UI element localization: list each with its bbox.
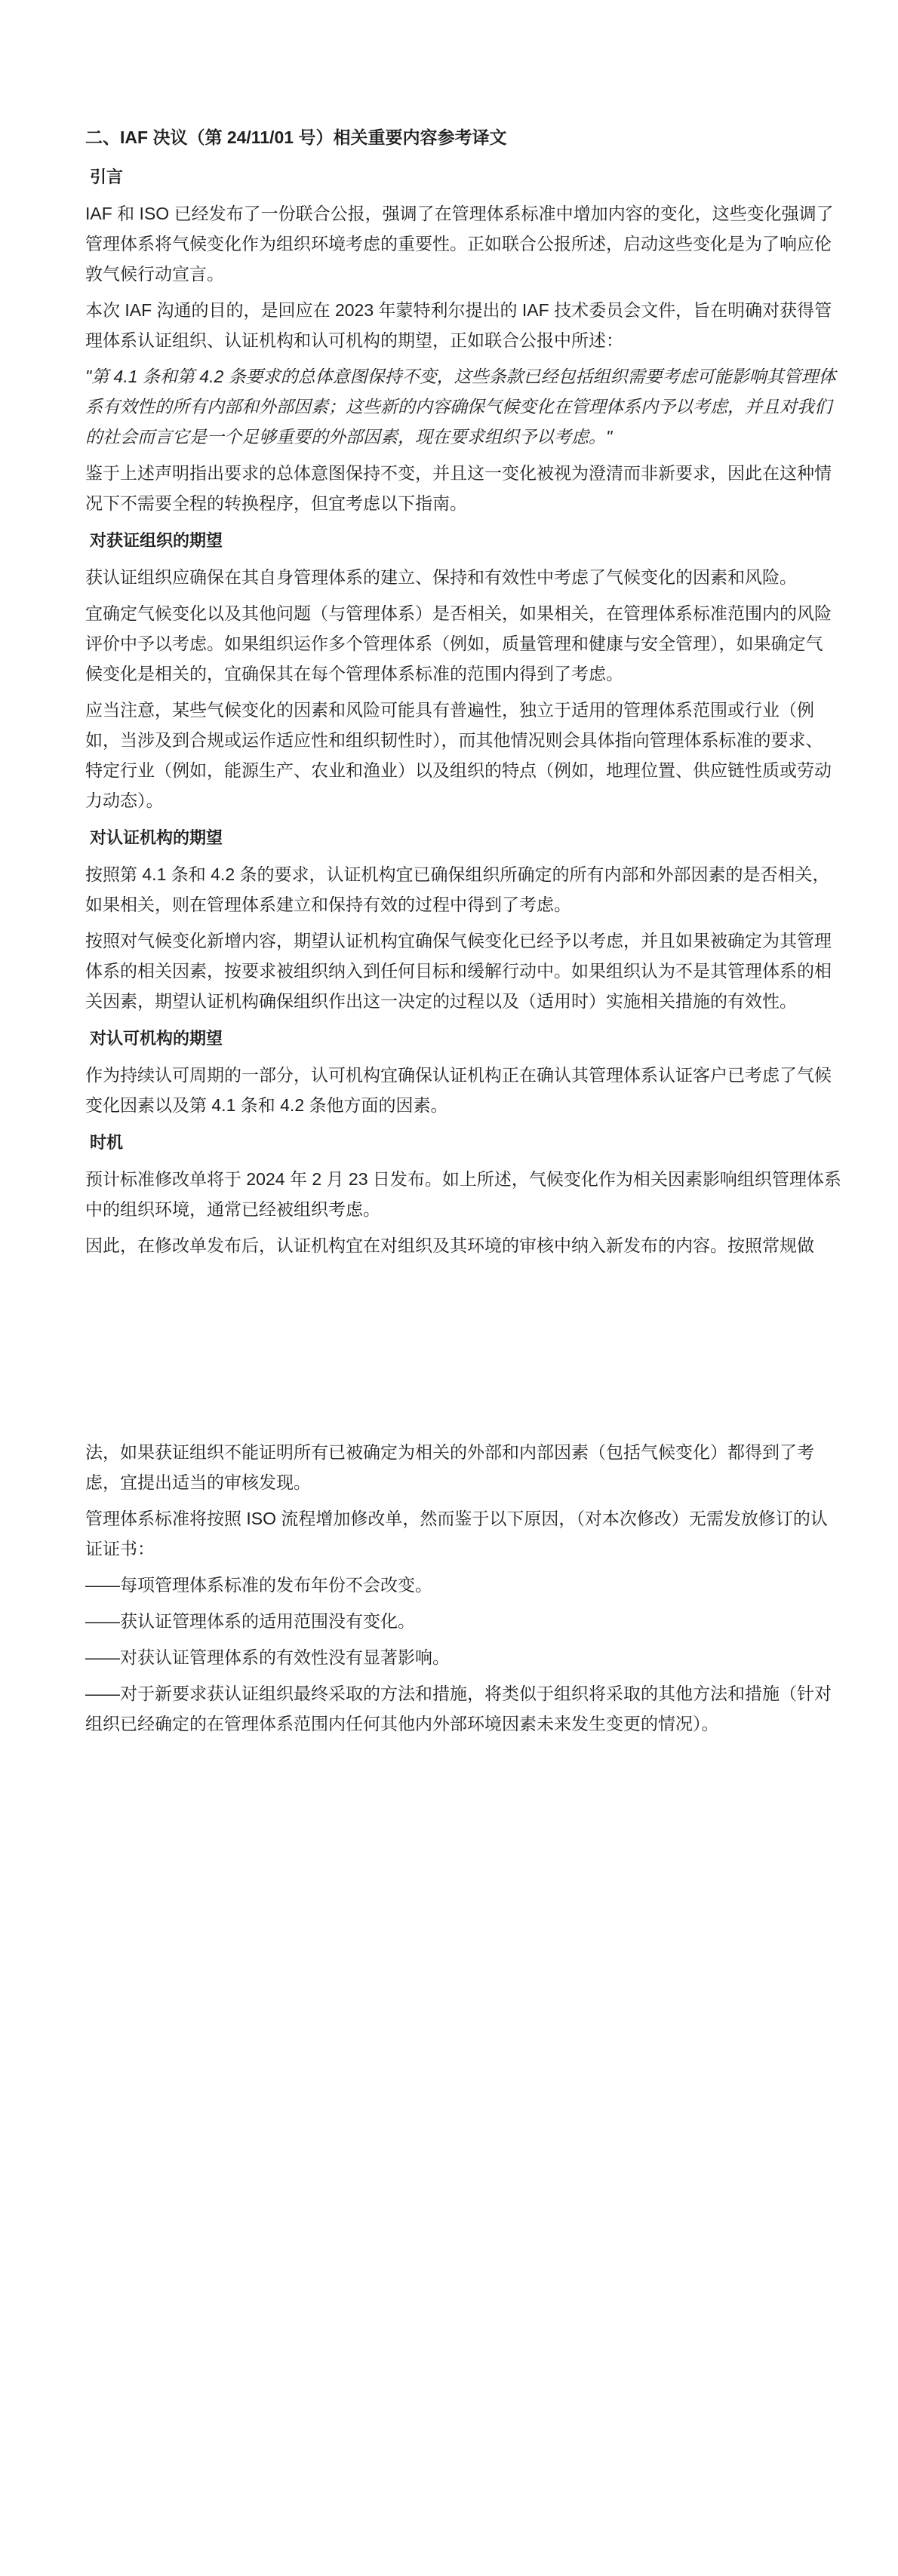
text-line: IAF 和 ISO 已经发布了一份联合公报，强调了在管理体系标准中增加内容的变化… [85,198,845,229]
page-break-gap [85,1267,845,1437]
text-line: 理体系认证组织、认证机构和认可机构的期望，正如联合公报中所述： [85,325,845,355]
paragraph-certified-org-ensure: 获认证组织应确保在其自身管理体系的建立、保持和有效性中考虑了气候变化的因素和风险… [85,562,845,592]
section-heading-certification-bodies: 对认证机构的期望 [85,823,845,853]
section-heading-timing: 时机 [85,1128,845,1158]
bullet-methods-similar: ——对于新要求获认证组织最终采取的方法和措施，将类似于组织将采取的其他方法和措施… [85,1678,845,1739]
text-line: 如，当涉及到合规或运作适应性和组织韧性时），而其他情况则会具体指向管理体系标准的… [85,725,845,755]
text-line: 系有效性的所有内部和外部因素；这些新的内容确保气候变化在管理体系内予以考虑，并且… [85,391,845,422]
text-line: 管理体系标准将按照 ISO 流程增加修改单，然而鉴于以下原因，（对本次修改）无需… [85,1503,845,1534]
text-line: 组织已经确定的在管理体系范围内任何其他内外部环境因素未来发生变更的情况）。 [85,1709,845,1739]
blockquote-clause-4-1-4-2: "第 4.1 条和第 4.2 条要求的总体意图保持不变，这些条款已经包括组织需要… [85,361,845,452]
paragraph-no-revised-certificates: 管理体系标准将按照 ISO 流程增加修改单，然而鉴于以下原因，（对本次修改）无需… [85,1503,845,1564]
text-line: 力动态）。 [85,785,845,815]
text-line: 管理体系将气候变化作为组织环境考虑的重要性。正如联合公报所述，启动这些变化是为了… [85,229,845,259]
text-line: 获认证组织应确保在其自身管理体系的建立、保持和有效性中考虑了气候变化的因素和风险… [85,562,845,592]
text-line: 中的组织环境，通常已经被组织考虑。 [85,1194,845,1224]
text-line: 如果相关，则在管理体系建立和保持有效的过程中得到了考虑。 [85,889,845,920]
paragraph-iaf-communication-purpose: 本次 IAF 沟通的目的，是回应在 2023 年蒙特利尔提出的 IAF 技术委员… [85,295,845,355]
paragraph-joint-communique: IAF 和 ISO 已经发布了一份联合公报，强调了在管理体系标准中增加内容的变化… [85,198,845,289]
paragraph-amendment-release-date: 预计标准修改单将于 2024 年 2 月 23 日发布。如上所述，气候变化作为相… [85,1164,845,1224]
paragraph-audit-findings: 法，如果获证组织不能证明所有已被确定为相关的外部和内部因素（包括气候变化）都得到… [85,1437,845,1497]
text-line: 关因素，期望认证机构确保组织作出这一决定的过程以及（适用时）实施相关措施的有效性… [85,986,845,1016]
text-line: 虑，宜提出适当的审核发现。 [85,1467,845,1497]
paragraph-ab-ongoing-cycle: 作为持续认可周期的一部分，认可机构宜确保认证机构正在确认其管理体系认证客户已考虑… [85,1060,845,1120]
paragraph-audits-include-new-content: 因此，在修改单发布后，认证机构宜在对组织及其环境的审核中纳入新发布的内容。按照常… [85,1230,845,1260]
text-line: 况下不需要全程的转换程序，但宜考虑以下指南。 [85,488,845,518]
text-line: 的社会而言它是一个足够重要的外部因素，现在要求组织予以考虑。" [85,422,845,452]
text-line: 敦气候行动宣言。 [85,259,845,289]
text-line: ——对于新要求获认证组织最终采取的方法和措施，将类似于组织将采取的其他方法和措施… [85,1678,845,1709]
paragraph-cb-climate-addition: 按照对气候变化新增内容，期望认证机构宜确保气候变化已经予以考虑，并且如果被确定为… [85,926,845,1016]
text-line: ——对获认证管理体系的有效性没有显著影响。 [85,1642,845,1672]
section-heading-introduction: 引言 [85,162,845,192]
document-page: 二、IAF 决议（第 24/11/01 号）相关重要内容参考译文 引言 IAF … [0,0,898,1739]
text-line: ——获认证管理体系的适用范围没有变化。 [85,1606,845,1636]
text-line: 评价中予以考虑。如果组织运作多个管理体系（例如，质量管理和健康与安全管理），如果… [85,628,845,659]
text-line: ——每项管理体系标准的发布年份不会改变。 [85,1570,845,1600]
section-heading-certified-organizations: 对获证组织的期望 [85,526,845,556]
text-line: 按照对气候变化新增内容，期望认证机构宜确保气候变化已经予以考虑，并且如果被确定为… [85,926,845,956]
text-line: 应当注意，某些气候变化的因素和风险可能具有普遍性，独立于适用的管理体系范围或行业… [85,695,845,725]
text-line: 宜确定气候变化以及其他问题（与管理体系）是否相关，如果相关，在管理体系标准范围内… [85,598,845,628]
text-line: 法，如果获证组织不能证明所有已被确定为相关的外部和内部因素（包括气候变化）都得到… [85,1437,845,1467]
text-line: 体系的相关因素，按要求被组织纳入到任何目标和缓解行动中。如果组织认为不是其管理体… [85,956,845,986]
paragraph-universal-factors: 应当注意，某些气候变化的因素和风险可能具有普遍性，独立于适用的管理体系范围或行业… [85,695,845,815]
paragraph-clarification-no-transition: 鉴于上述声明指出要求的总体意图保持不变，并且这一变化被视为澄清而非新要求，因此在… [85,458,845,518]
bullet-scope-unchanged: ——获认证管理体系的适用范围没有变化。 [85,1606,845,1636]
text-line: 预计标准修改单将于 2024 年 2 月 23 日发布。如上所述，气候变化作为相… [85,1164,845,1194]
bullet-effectiveness-unaffected: ——对获认证管理体系的有效性没有显著影响。 [85,1642,845,1672]
text-line: "第 4.1 条和第 4.2 条要求的总体意图保持不变，这些条款已经包括组织需要… [85,361,845,391]
bullet-publication-year-unchanged: ——每项管理体系标准的发布年份不会改变。 [85,1570,845,1600]
text-line: 鉴于上述声明指出要求的总体意图保持不变，并且这一变化被视为澄清而非新要求，因此在… [85,458,845,488]
paragraph-cb-clause-requirements: 按照第 4.1 条和 4.2 条的要求，认证机构宜已确保组织所确定的所有内部和外… [85,859,845,920]
text-line: 候变化是相关的，宜确保其在每个管理体系标准的范围内得到了考虑。 [85,659,845,689]
text-line: 变化因素以及第 4.1 条和 4.2 条他方面的因素。 [85,1090,845,1120]
text-line: 因此，在修改单发布后，认证机构宜在对组织及其环境的审核中纳入新发布的内容。按照常… [85,1230,845,1260]
text-line: 按照第 4.1 条和 4.2 条的要求，认证机构宜已确保组织所确定的所有内部和外… [85,859,845,889]
paragraph-determine-relevance: 宜确定气候变化以及其他问题（与管理体系）是否相关，如果相关，在管理体系标准范围内… [85,598,845,689]
document-title: 二、IAF 决议（第 24/11/01 号）相关重要内容参考译文 [85,122,845,152]
section-heading-accreditation-bodies: 对认可机构的期望 [85,1024,845,1054]
text-line: 本次 IAF 沟通的目的，是回应在 2023 年蒙特利尔提出的 IAF 技术委员… [85,295,845,325]
text-line: 证证书： [85,1534,845,1564]
text-line: 作为持续认可周期的一部分，认可机构宜确保认证机构正在确认其管理体系认证客户已考虑… [85,1060,845,1090]
text-line: 特定行业（例如，能源生产、农业和渔业）以及组织的特点（例如，地理位置、供应链性质… [85,755,845,785]
